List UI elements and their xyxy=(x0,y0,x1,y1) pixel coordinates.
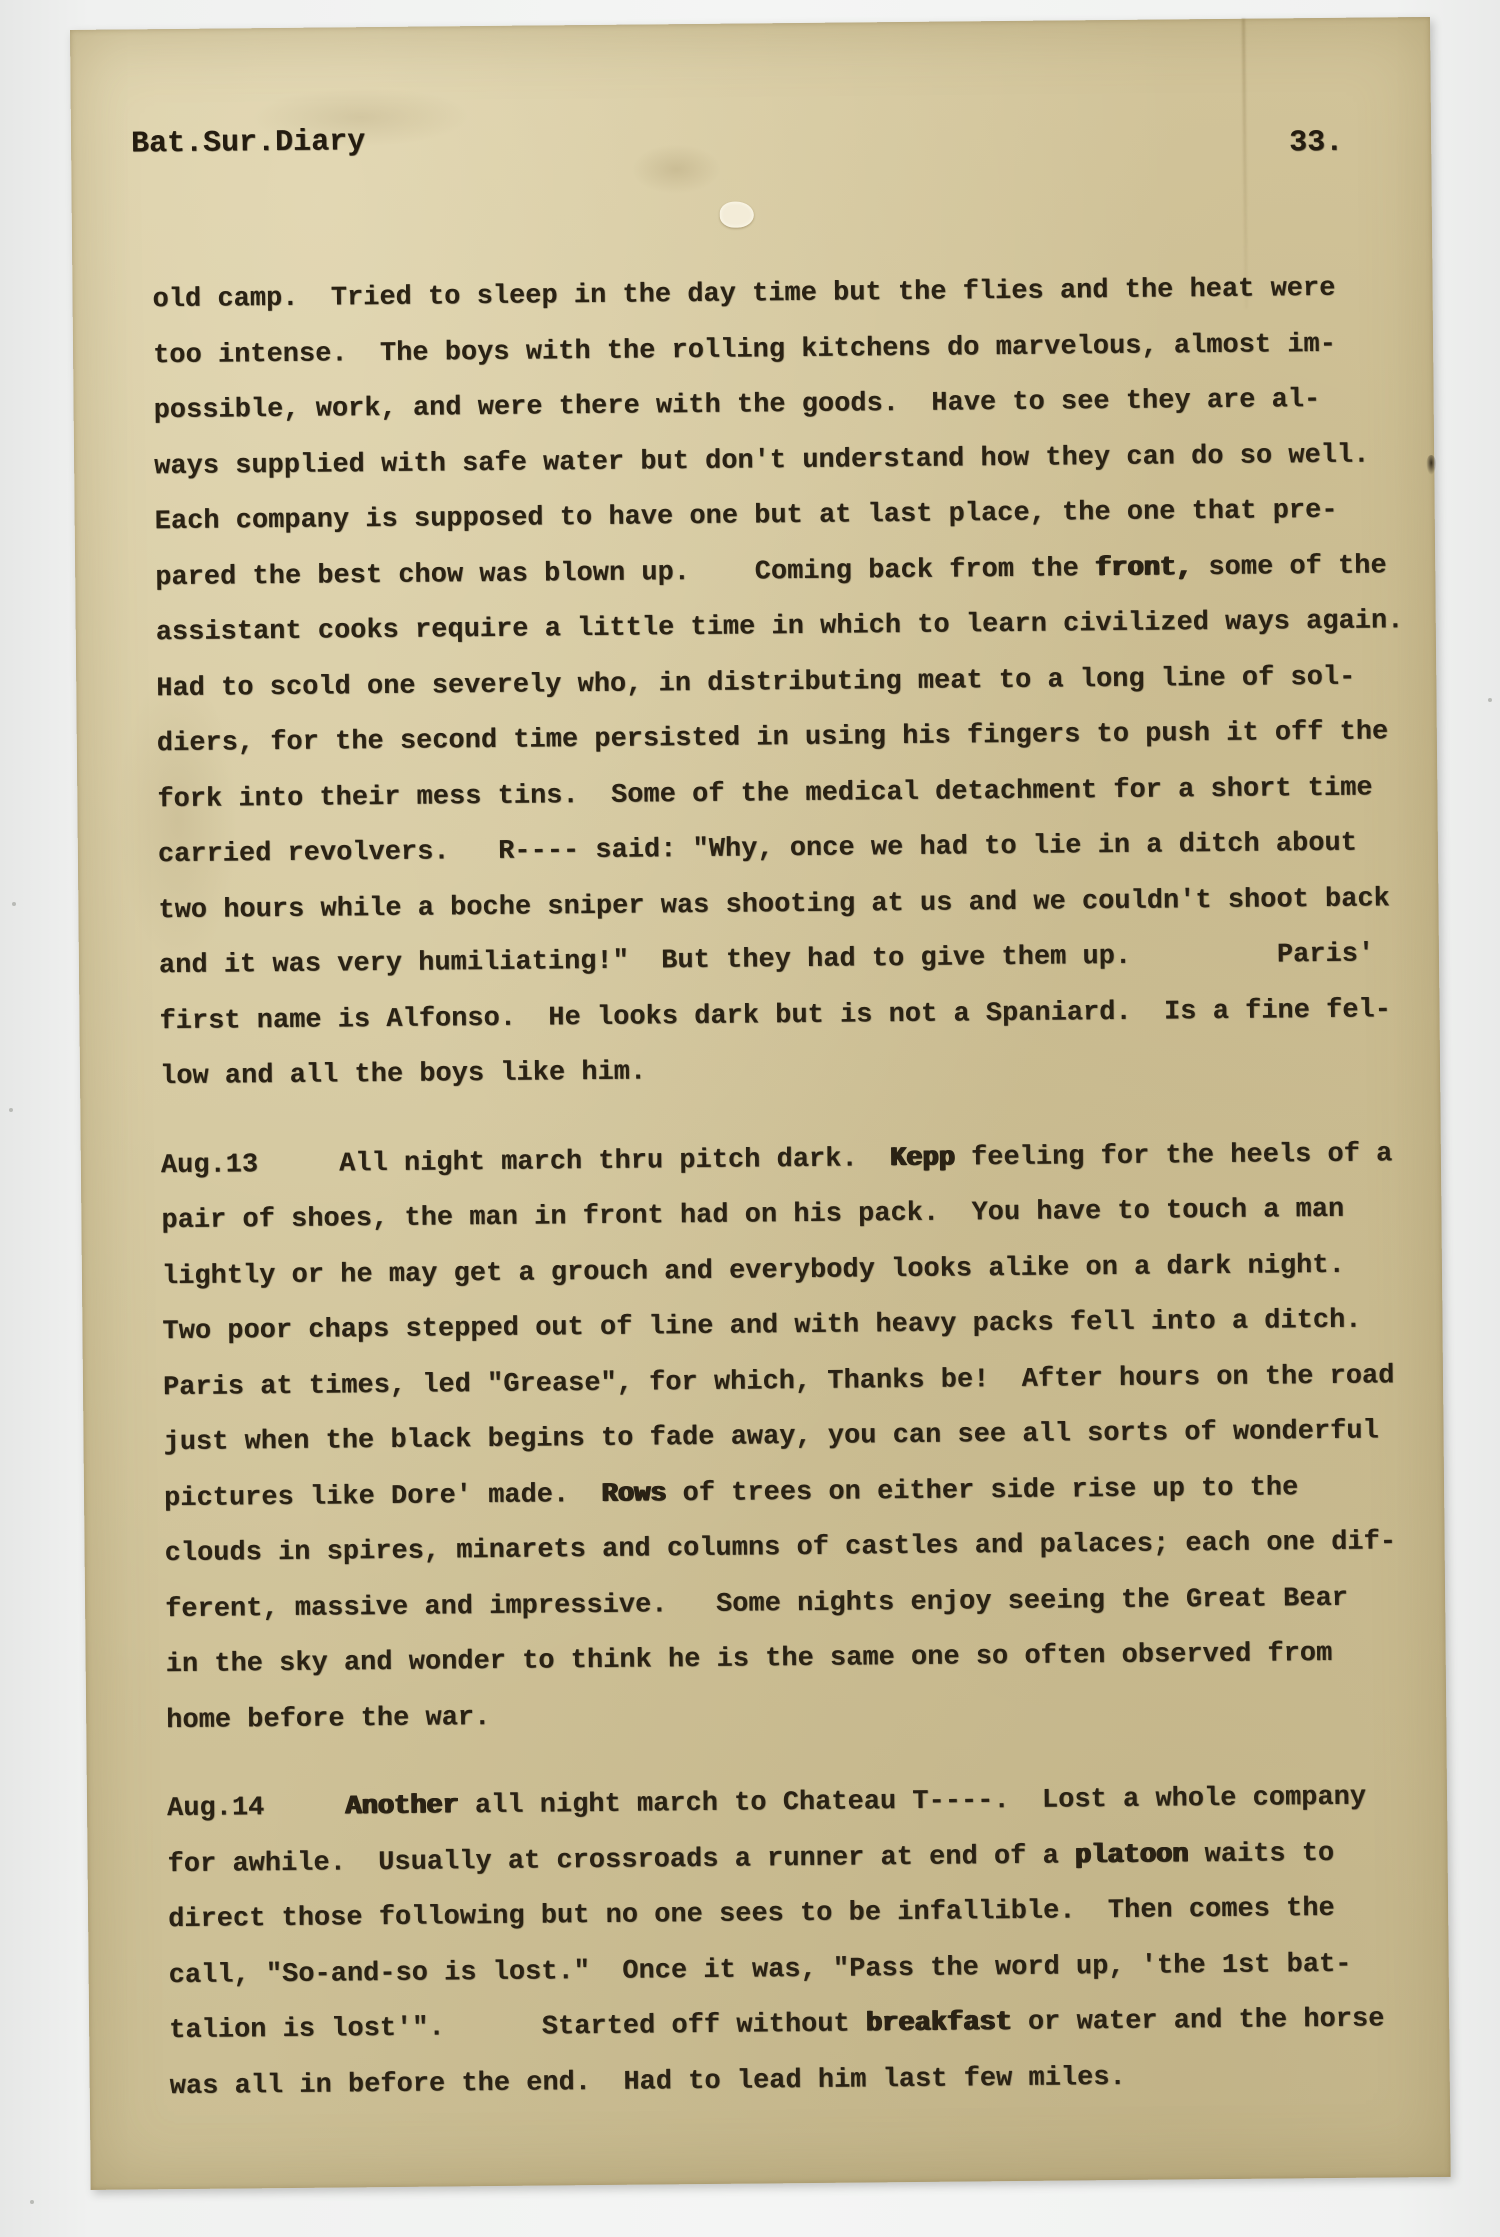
document-title: Bat.Sur.Diary xyxy=(131,125,365,161)
backdrop-speck xyxy=(12,902,16,906)
paper-chip xyxy=(720,201,754,227)
diary-entry: Aug.14 Another all night march to Chatea… xyxy=(167,1770,1456,2115)
diary-entry: Aug.13 All night march thru pitch dark. … xyxy=(161,1126,1453,1749)
backdrop-speck xyxy=(1488,698,1492,702)
page-number: 33. xyxy=(1289,126,1343,161)
diary-text: old camp. Tried to sleep in the day time… xyxy=(152,261,1456,2115)
typed-line: was all in before the end. Had to lead h… xyxy=(169,2047,1455,2115)
diary-entry: old camp. Tried to sleep in the day time… xyxy=(152,261,1446,1106)
diary-page: Bat.Sur.Diary 33. old camp. Tried to sle… xyxy=(70,17,1451,2190)
backdrop-speck xyxy=(9,1108,13,1112)
typed-line: low and all the boys like him. xyxy=(160,1038,1446,1106)
page-header: Bat.Sur.Diary 33. xyxy=(70,17,1430,30)
photo-backdrop: Bat.Sur.Diary 33. old camp. Tried to sle… xyxy=(0,0,1500,2237)
backdrop-speck xyxy=(30,2200,34,2204)
paper-stain xyxy=(631,144,721,195)
typed-line: home before the war. xyxy=(166,1681,1452,1749)
